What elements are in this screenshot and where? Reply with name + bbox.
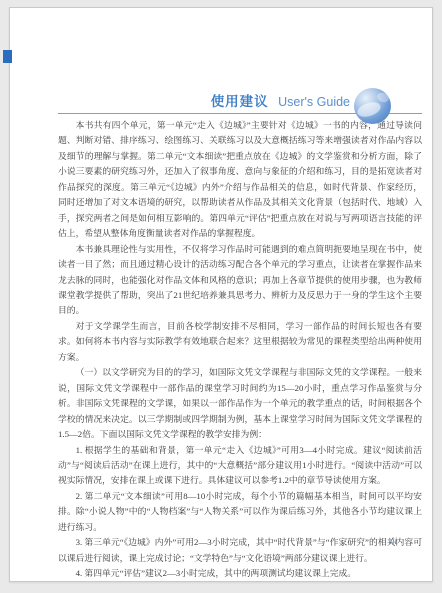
- body-paragraph: 1. 根据学生的基础和背景，第一单元“走入《边城》”可用3—4小时完成。建议“阅…: [58, 443, 422, 489]
- book-page: 使用建议 User's Guide 本书共有四个单元，第一单元“走入《边城》”主…: [9, 7, 433, 582]
- body-paragraph: 4. 第四单元“评估”建议2—3小时完成，其中的两项测试均建议课上完成。: [58, 566, 422, 581]
- body-paragraph: 本书共有四个单元，第一单元“走入《边城》”主要针对《边城》一书的内容，通过导读问…: [58, 118, 422, 242]
- body-paragraph: 3. 第三单元“《边城》内外”可用2—3小时完成，其中“时代背景”与“作家研究”…: [58, 535, 422, 566]
- page-title-en: User's Guide: [278, 95, 350, 109]
- document-viewer: 使用建议 User's Guide 本书共有四个单元，第一单元“走入《边城》”主…: [0, 0, 442, 593]
- page-header: 使用建议 User's Guide: [58, 93, 350, 111]
- page-body: 本书共有四个单元，第一单元“走入《边城》”主要针对《边城》一书的内容，通过导读问…: [58, 118, 422, 582]
- body-paragraph: 本书兼具理论性与实用性，不仅将学习作品时可能遇到的难点简明扼要地呈现在书中，使读…: [58, 242, 422, 319]
- page-title-zh: 使用建议: [211, 94, 269, 109]
- body-paragraph: （一）以文学研究为目的的学习，如国际文凭文学课程与非国际文凭的文学课程。一般来说…: [58, 365, 422, 442]
- globe-icon: [354, 88, 391, 124]
- body-paragraph: 2. 第二单元“文本细读”可用8—10小时完成，每个小节的篇幅基本相当，时间可以…: [58, 489, 422, 535]
- body-paragraph: 对于文学课学生而言，目前各校学制安排不尽相同，学习一部作品的时间长短也各有要求。…: [58, 319, 422, 365]
- page-number: vii: [388, 536, 397, 546]
- bookmark-marker: [3, 50, 12, 63]
